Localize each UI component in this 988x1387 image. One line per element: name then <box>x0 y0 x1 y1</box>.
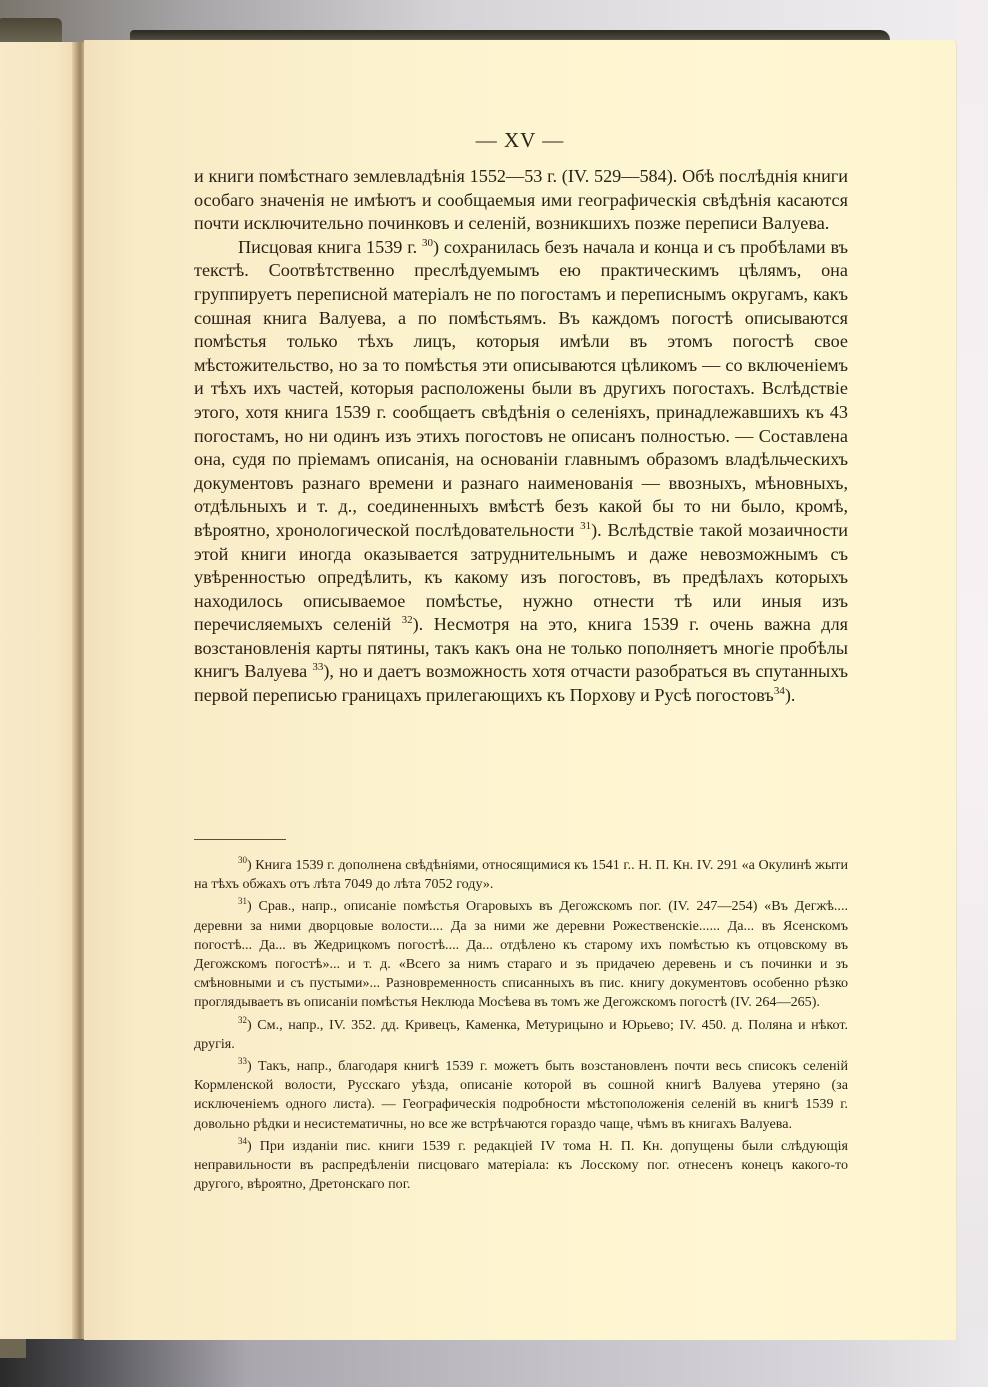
footnote-number: 30 <box>238 855 247 865</box>
paragraph-1: и книги помѣстнаго землевладѣнія 1552—53… <box>194 165 848 236</box>
footnote-33: 33) Такъ, напр., благодаря книгѣ 1539 г.… <box>194 1057 848 1134</box>
paragraph-2-text: ) сохранилась безъ начала и конца и съ п… <box>194 237 848 540</box>
footnote-text: ) Книга 1539 г. дополнена свѣдѣніями, от… <box>194 857 848 892</box>
footnote-ref-34: 34 <box>774 685 785 697</box>
footnote-ref-33: 33 <box>312 661 323 673</box>
left-page-edge <box>0 42 80 1339</box>
footnote-text: ) Срав., напр., описаніе помѣстья Огаров… <box>194 898 848 1010</box>
footnote-number: 32 <box>238 1015 247 1025</box>
footnote-30: 30) Книга 1539 г. дополнена свѣдѣніями, … <box>194 856 848 894</box>
footnote-ref-32: 32 <box>402 614 413 626</box>
body-text: и книги помѣстнаго землевладѣнія 1552—53… <box>194 165 848 708</box>
paragraph-2: Писцовая книга 1539 г. 30) сохранилась б… <box>194 236 848 708</box>
paragraph-2-text: Писцовая книга 1539 г. <box>238 237 417 257</box>
scanned-page: — XV — и книги помѣстнаго землевладѣнія … <box>84 40 956 1340</box>
footnote-text: ) При изданіи пис. книги 1539 г. редакці… <box>194 1138 848 1192</box>
paragraph-2-text: ). <box>785 685 796 705</box>
background-right <box>955 0 988 1387</box>
footnote-32: 32) См., напр., IV. 352. дд. Кривецъ, Ка… <box>194 1016 848 1054</box>
footnote-separator <box>194 839 286 840</box>
book-cover-edge-bottom-left <box>0 1338 26 1358</box>
footnotes: 30) Книга 1539 г. дополнена свѣдѣніями, … <box>194 856 848 1197</box>
footnote-text: ) См., напр., IV. 352. дд. Кривецъ, Каме… <box>194 1017 848 1052</box>
page-number: — XV — <box>84 128 956 153</box>
footnote-ref-31: 31 <box>580 520 591 532</box>
footnote-number: 31 <box>238 896 247 906</box>
book-cover-edge-top-left <box>0 18 62 42</box>
footnote-ref-30: 30 <box>422 237 433 249</box>
footnote-text: ) Такъ, напр., благодаря книгѣ 1539 г. м… <box>194 1058 848 1132</box>
footnote-31: 31) Срав., напр., описаніе помѣстья Огар… <box>194 897 848 1012</box>
footnote-34: 34) При изданіи пис. книги 1539 г. редак… <box>194 1137 848 1195</box>
footnote-number: 34 <box>238 1136 247 1146</box>
footnote-number: 33 <box>238 1056 247 1066</box>
